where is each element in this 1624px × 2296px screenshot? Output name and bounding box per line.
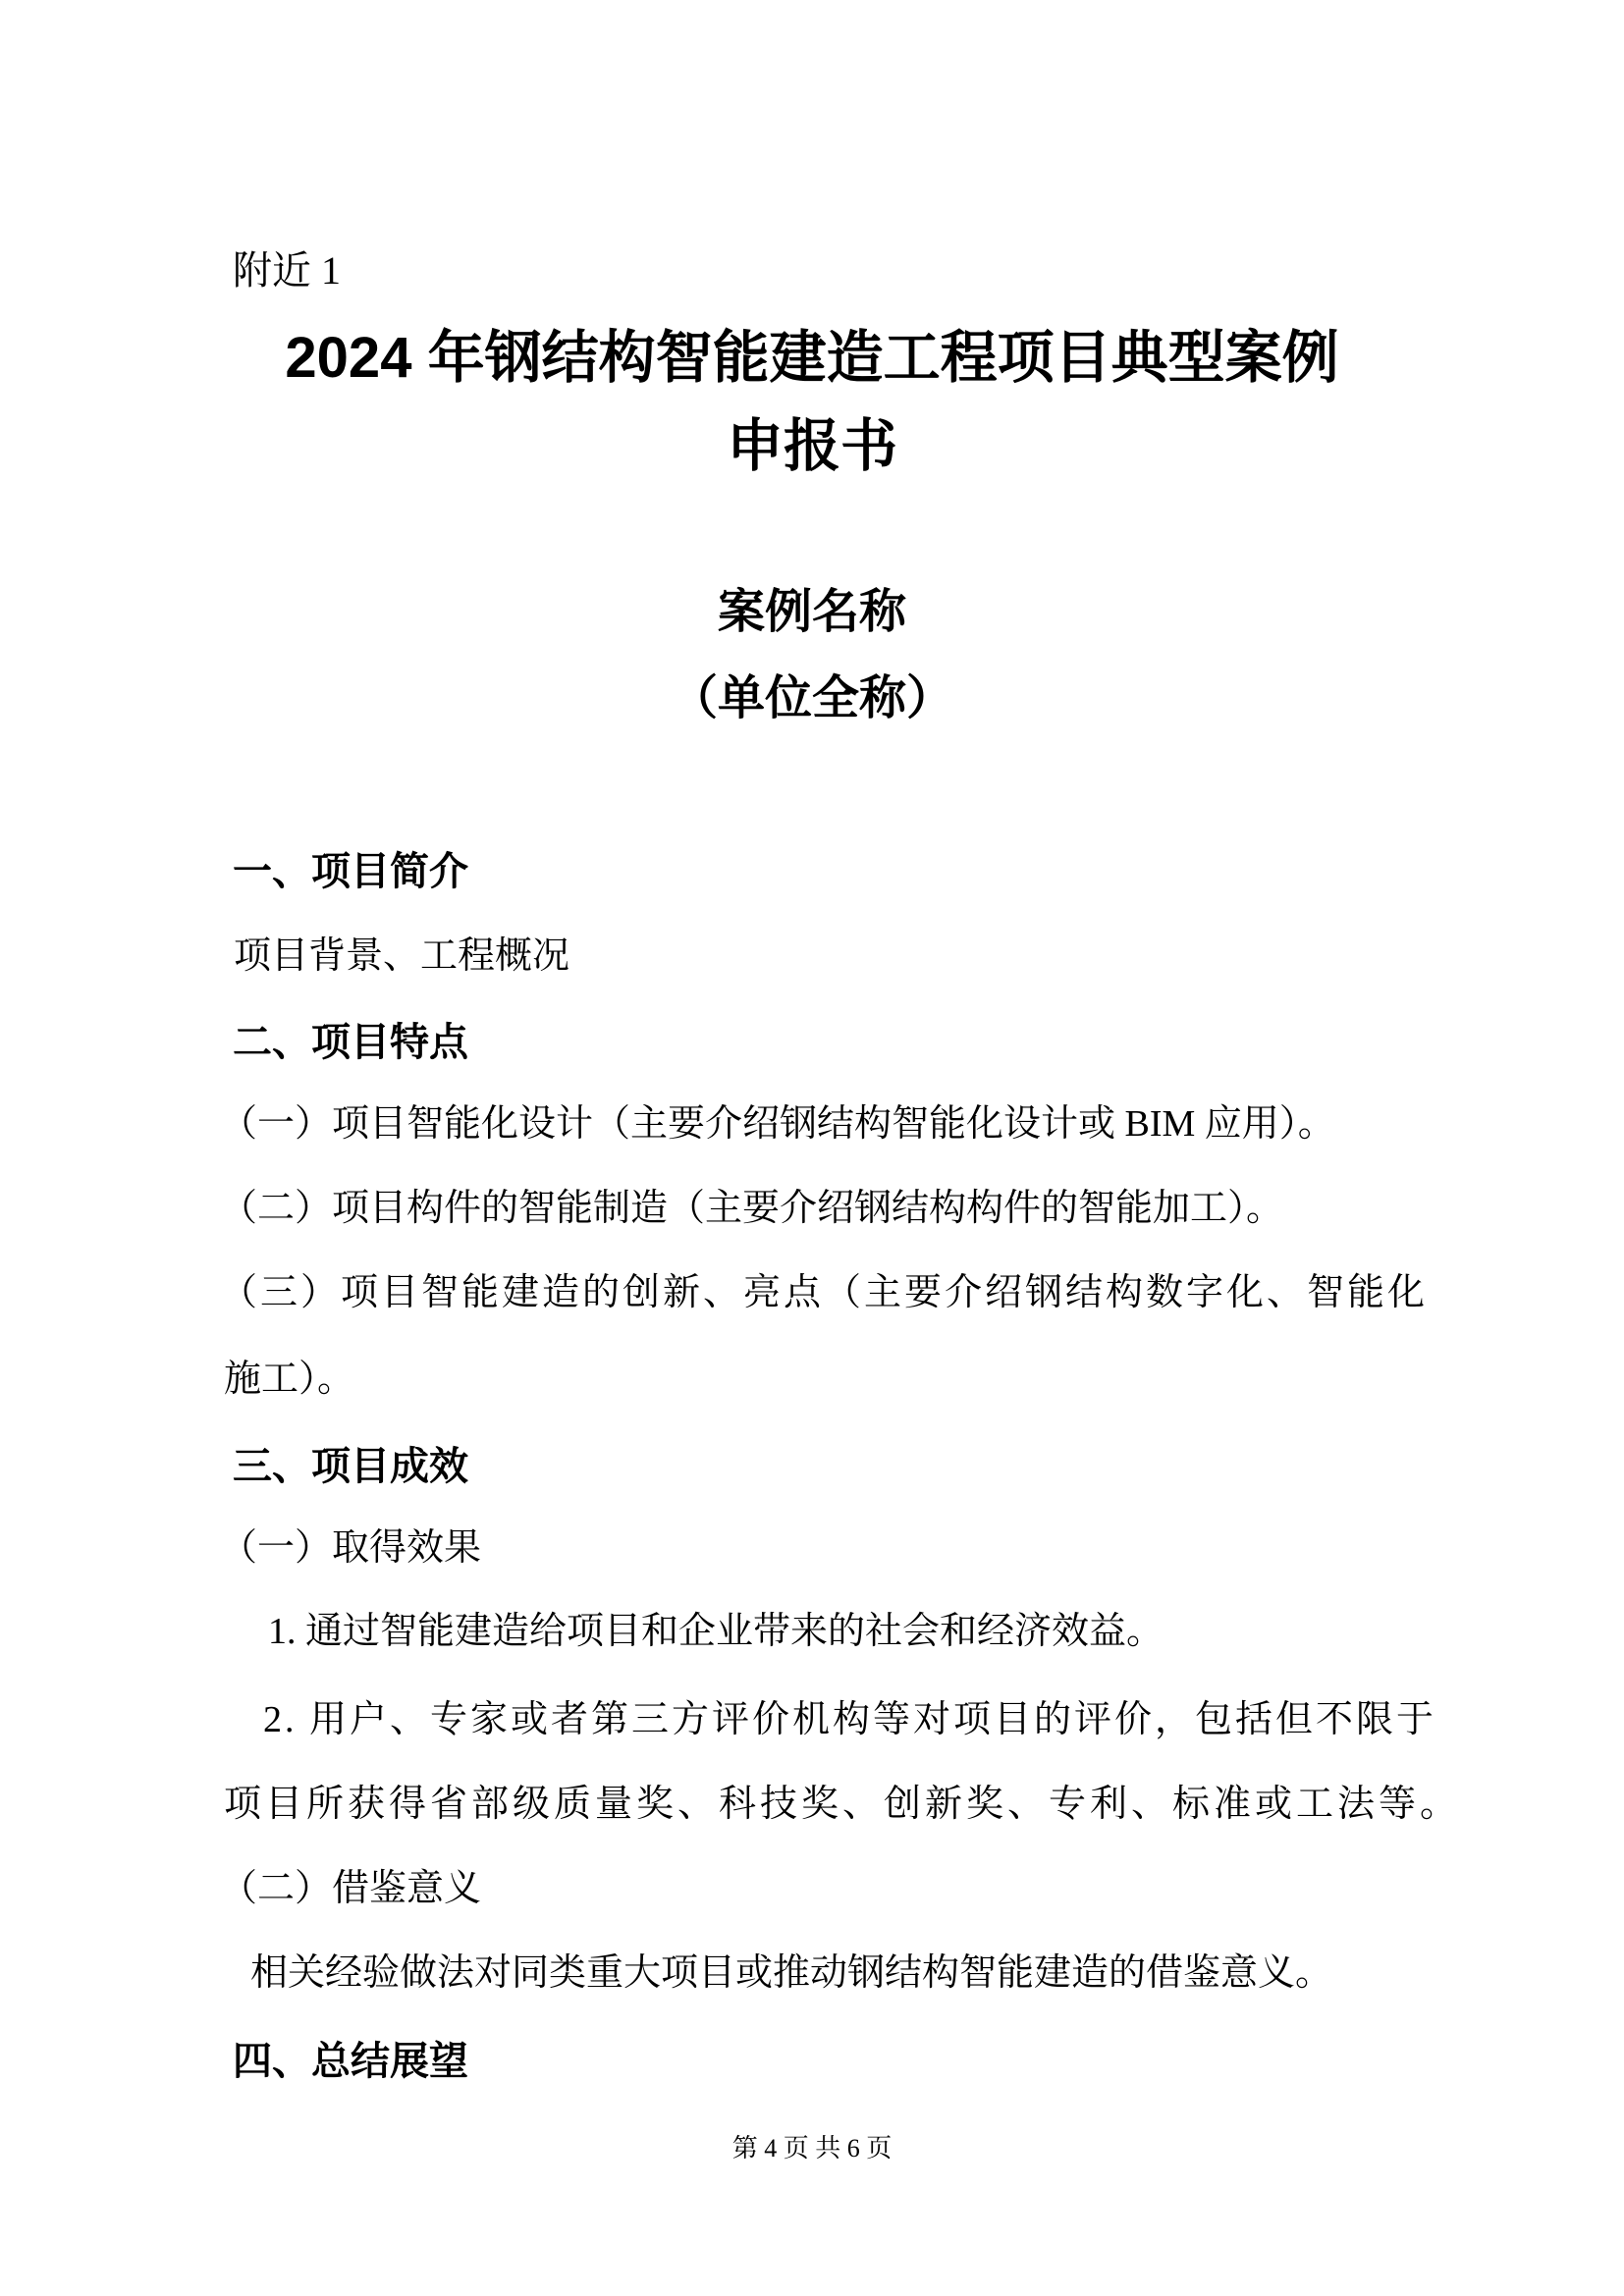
- document-title-line1: 2024 年钢结构智能建造工程项目典型案例: [0, 330, 1624, 387]
- section-3-point-2-line-2: 项目所获得省部级质量奖、科技奖、创新奖、专利、标准或工法等。: [224, 1786, 1461, 1823]
- cover-unit-full-name: （单位全称）: [0, 675, 1624, 722]
- section-3-heading: 三、项目成效: [233, 1447, 468, 1486]
- section-4-heading: 四、总结展望: [233, 2042, 468, 2081]
- cover-case-name: 案例名称: [0, 589, 1624, 636]
- section-2-item-3-line-2: 施工）。: [224, 1361, 354, 1398]
- section-3-subheading-2: （二）借鉴意义: [220, 1870, 481, 1907]
- page-number-footer: 第 4 页 共 6 页: [0, 2136, 1624, 2162]
- section-3-subheading-1: （一）取得效果: [220, 1529, 481, 1567]
- section-2-item-2: （二）项目构件的智能制造（主要介绍钢结构构件的智能加工）。: [220, 1190, 1283, 1227]
- document-page: 附近 1 2024 年钢结构智能建造工程项目典型案例 申报书 案例名称 （单位全…: [0, 0, 1624, 2296]
- section-3-subheading-2-text: 相关经验做法对同类重大项目或推动钢结构智能建造的借鉴意义。: [250, 1954, 1332, 1992]
- section-3-point-1: 1. 通过智能建造给项目和企业带来的社会和经济效益。: [268, 1613, 1164, 1650]
- section-2-heading: 二、项目特点: [233, 1023, 468, 1062]
- attachment-label: 附近 1: [233, 251, 341, 291]
- section-3-point-2-line-1: 2. 用户、专家或者第三方评价机构等对项目的评价，包括但不限于: [263, 1701, 1436, 1738]
- section-1-intro-text: 项目背景、工程概况: [234, 937, 569, 975]
- section-2-item-3-line-1: （三）项目智能建造的创新、亮点（主要介绍钢结构数字化、智能化: [220, 1274, 1428, 1311]
- document-title-line2: 申报书: [0, 418, 1624, 475]
- section-2-item-1: （一）项目智能化设计（主要介绍钢结构智能化设计或 BIM 应用）。: [220, 1105, 1335, 1143]
- section-1-heading: 一、项目简介: [233, 852, 468, 891]
